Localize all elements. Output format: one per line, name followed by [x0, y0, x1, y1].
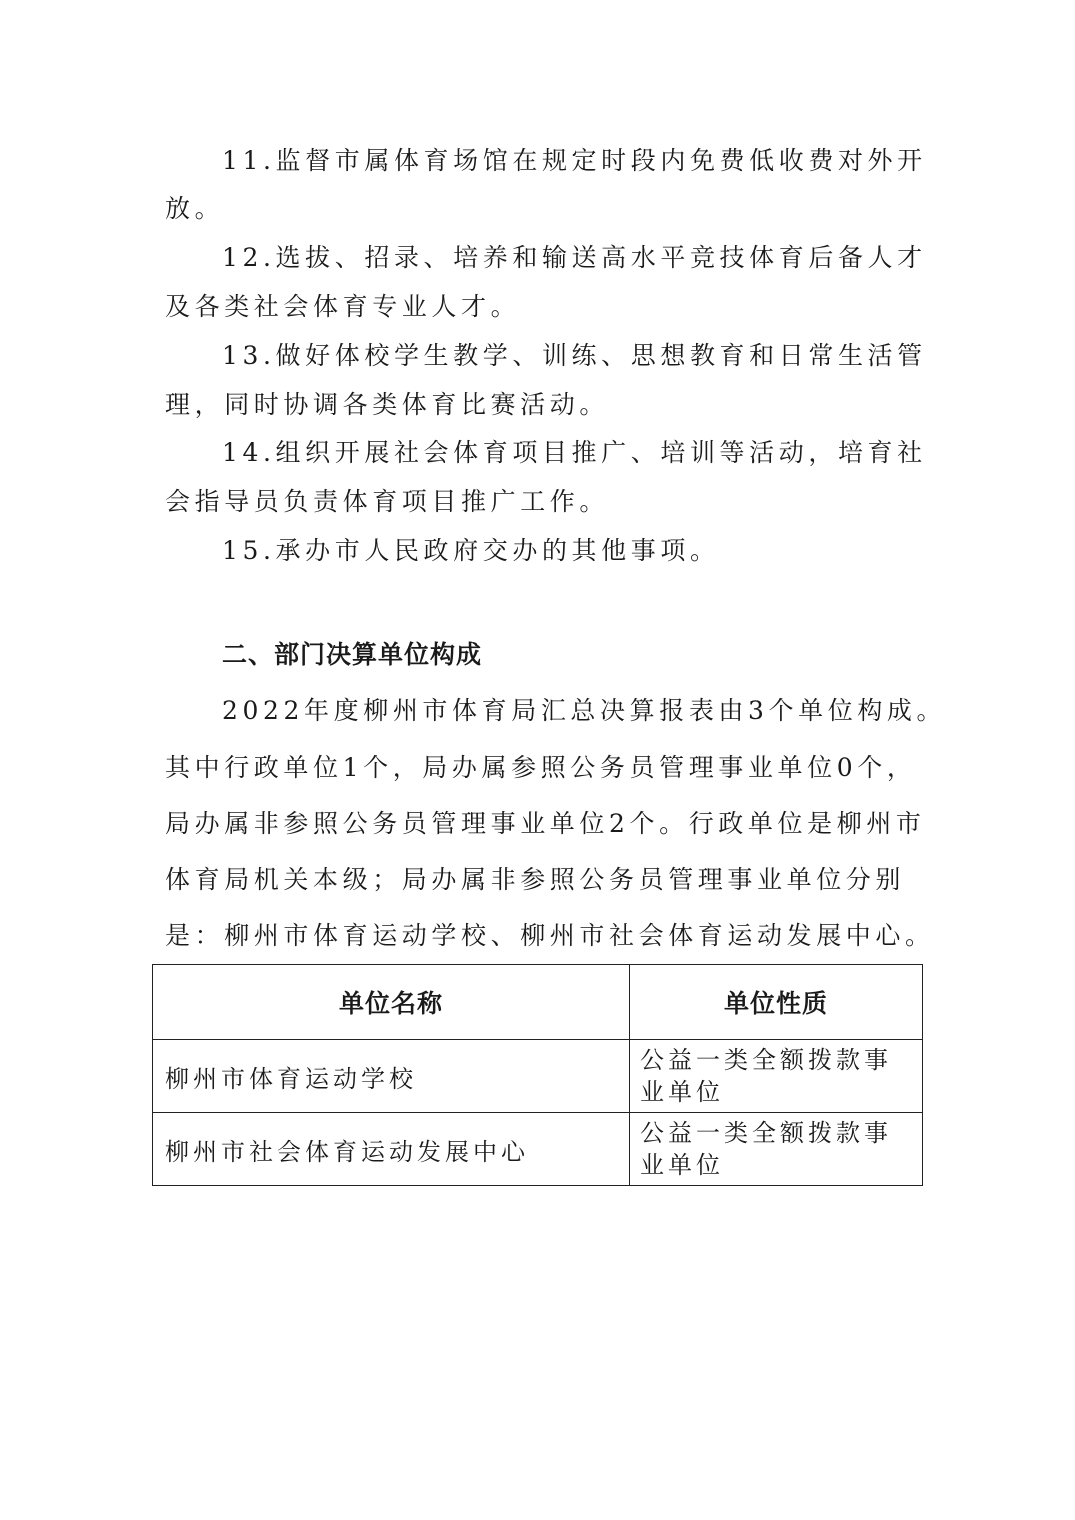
item-15-line1: 15.承办市人民政府交办的其他事项。 — [222, 536, 982, 566]
unit-name-cell: 柳州市社会体育运动发展中心 — [153, 1113, 630, 1186]
paragraph-line-1: 2022年度柳州市体育局汇总决算报表由3个单位构成。 — [222, 696, 982, 726]
paragraph-line-5: 是：柳州市体育运动学校、柳州市社会体育运动发展中心。 — [165, 921, 925, 951]
table-row: 柳州市社会体育运动发展中心 公益一类全额拨款事业单位 — [153, 1113, 923, 1186]
table-header-row: 单位名称 单位性质 — [153, 965, 923, 1040]
item-13-line2: 理，同时协调各类体育比赛活动。 — [165, 390, 925, 420]
unit-nature-cell: 公益一类全额拨款事业单位 — [630, 1040, 923, 1113]
section-heading: 二、部门决算单位构成 — [222, 640, 482, 670]
unit-nature-text: 公益一类全额拨款事业单位 — [640, 1117, 910, 1181]
item-12-line2: 及各类社会体育专业人才。 — [165, 292, 925, 322]
paragraph-line-3: 局办属非参照公务员管理事业单位2个。行政单位是柳州市 — [165, 809, 925, 839]
item-14-line1: 14.组织开展社会体育项目推广、培训等活动，培育社 — [222, 438, 982, 468]
item-14-line2: 会指导员负责体育项目推广工作。 — [165, 487, 925, 517]
item-11-line1: 11.监督市属体育场馆在规定时段内免费低收费对外开 — [222, 146, 982, 176]
item-13-line1: 13.做好体校学生教学、训练、思想教育和日常生活管 — [222, 341, 982, 371]
item-12-line1: 12.选拔、招录、培养和输送高水平竞技体育后备人才 — [222, 243, 982, 273]
paragraph-line-2: 其中行政单位1个，局办属参照公务员管理事业单位0个， — [165, 753, 925, 783]
unit-nature-text: 公益一类全额拨款事业单位 — [640, 1044, 910, 1108]
header-unit-nature: 单位性质 — [630, 965, 923, 1040]
item-11-line2: 放。 — [165, 194, 925, 224]
units-table: 单位名称 单位性质 柳州市体育运动学校 公益一类全额拨款事业单位 柳州市社会体育… — [152, 964, 923, 1186]
table-row: 柳州市体育运动学校 公益一类全额拨款事业单位 — [153, 1040, 923, 1113]
paragraph-line-4: 体育局机关本级；局办属非参照公务员管理事业单位分别 — [165, 865, 925, 895]
unit-nature-cell: 公益一类全额拨款事业单位 — [630, 1113, 923, 1186]
header-unit-name: 单位名称 — [153, 965, 630, 1040]
unit-name-cell: 柳州市体育运动学校 — [153, 1040, 630, 1113]
